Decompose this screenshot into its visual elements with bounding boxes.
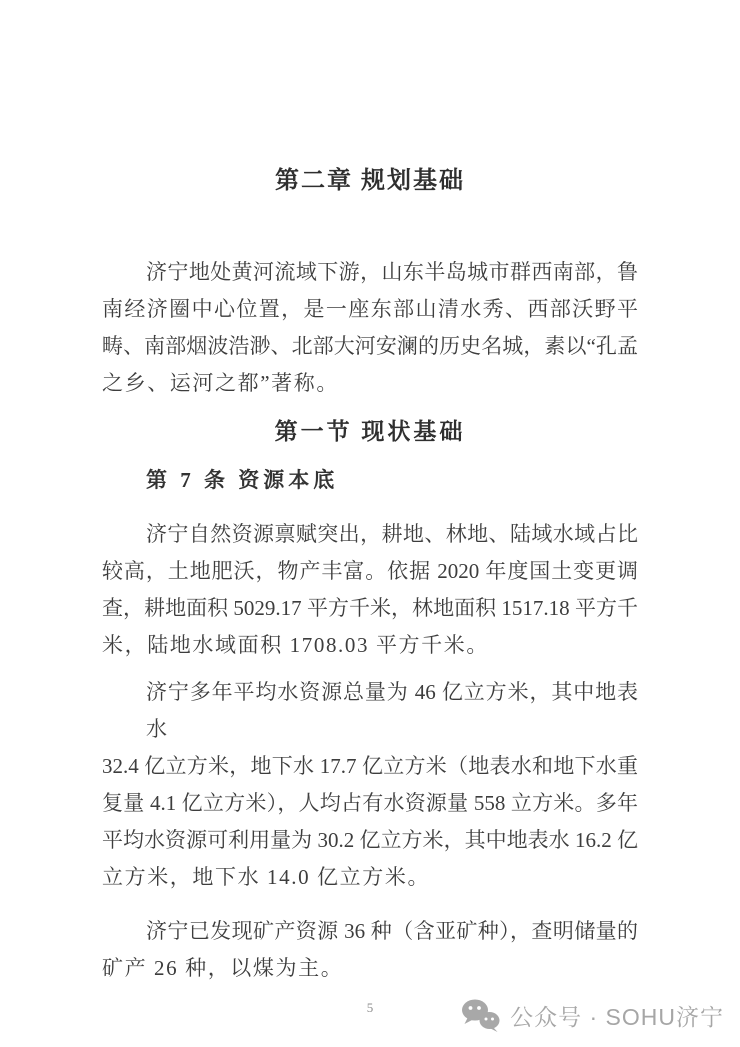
paragraph-intro: 济宁地处黄河流域下游，山东半岛城市群西南部，鲁 南经济圈中心位置，是一座东部山清…: [102, 254, 638, 402]
text-line: 畴、南部烟波浩渺、北部大河安澜的历史名城，素以“孔孟: [102, 328, 638, 365]
paragraph-resources: 济宁自然资源禀赋突出，耕地、林地、陆域水域占比 较高，土地肥沃，物产丰富。依据 …: [102, 516, 638, 664]
text-line: 济宁多年平均水资源总量为 46 亿立方米，其中地表水: [102, 674, 638, 748]
article-heading: 第 7 条 资源本底: [102, 466, 638, 494]
chapter-title: 第二章 规划基础: [102, 166, 638, 196]
text-line: 立方米，地下水 14.0 亿立方米。: [102, 859, 638, 896]
document-page: 第二章 规划基础 济宁地处黄河流域下游，山东半岛城市群西南部，鲁 南经济圈中心位…: [0, 0, 740, 1047]
text-line: 查，耕地面积 5029.17 平方千米，林地面积 1517.18 平方千: [102, 590, 638, 627]
footer-watermark: 公众号 · SOHU济宁: [461, 998, 724, 1033]
text-line: 南经济圈中心位置，是一座东部山清水秀、西部沃野平: [102, 291, 638, 328]
text-line: 济宁地处黄河流域下游，山东半岛城市群西南部，鲁: [102, 254, 638, 291]
text-line: 矿产 26 种，以煤为主。: [102, 950, 638, 987]
text-line: 32.4 亿立方米，地下水 17.7 亿立方米（地表水和地下水重: [102, 748, 638, 785]
paragraph-water: 济宁多年平均水资源总量为 46 亿立方米，其中地表水 32.4 亿立方米，地下水…: [102, 674, 638, 896]
footer-label: 公众号 · SOHU济宁: [510, 999, 724, 1032]
text-line: 平均水资源可利用量为 30.2 亿立方米，其中地表水 16.2 亿: [102, 822, 638, 859]
wechat-icon: [461, 998, 501, 1033]
text-line: 较高，土地肥沃，物产丰富。依据 2020 年度国土变更调: [102, 553, 638, 590]
text-line: 济宁已发现矿产资源 36 种（含亚矿种），查明储量的: [102, 913, 638, 950]
text-line: 之乡、运河之都”著称。: [102, 365, 638, 402]
text-line: 复量 4.1 亿立方米），人均占有水资源量 558 立方米。多年: [102, 785, 638, 822]
paragraph-minerals: 济宁已发现矿产资源 36 种（含亚矿种），查明储量的 矿产 26 种，以煤为主。: [102, 913, 638, 987]
text-line: 济宁自然资源禀赋突出，耕地、林地、陆域水域占比: [102, 516, 638, 553]
section-title: 第一节 现状基础: [102, 417, 638, 447]
text-line: 米，陆地水域面积 1708.03 平方千米。: [102, 627, 638, 664]
